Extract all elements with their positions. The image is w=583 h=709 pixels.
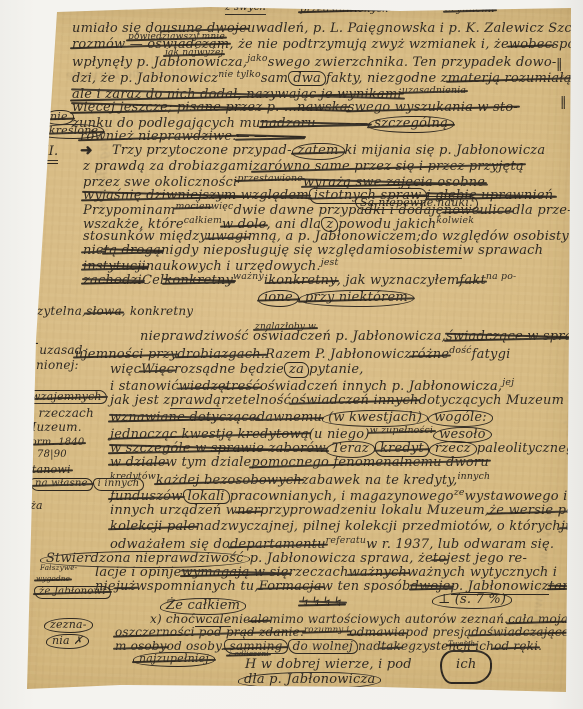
text-segment: nie [231, 613, 250, 626]
text-segment: lacje i opinje [95, 566, 182, 580]
bleed-through-text: uwagi dawne [95, 124, 113, 212]
text-segment: treść [226, 380, 260, 394]
text-segment: w rzeczach [24, 407, 94, 420]
text-segment: oświadczeń innych [291, 394, 418, 408]
handwritten-line: ich [440, 650, 492, 684]
text-segment: wspomnianych tu, [136, 580, 259, 594]
handwritten-line: zachodzi Cel konkretny ważny i konkretny… [83, 272, 516, 287]
text-segment: jest jego re- [446, 552, 527, 566]
text-segment: sam [261, 72, 288, 86]
text-segment: fakty, niezgodne z [326, 72, 448, 86]
handwritten-line: ‖ [560, 96, 567, 110]
text-segment: paleolitycznego, jako to: [477, 442, 583, 456]
text-segment: najzupełniej [133, 652, 215, 667]
text-segment: ważny [233, 272, 264, 282]
handwritten-line: najzupełniej [133, 652, 215, 667]
handwritten-line: nia ✗ [46, 634, 89, 649]
text-segment: Formacja [259, 580, 322, 594]
text-segment: , że nie podtrzymują zwyż wzmianek i, że [229, 38, 509, 52]
text-segment: ze [454, 488, 465, 498]
text-segment: ujemności przy [75, 348, 177, 362]
text-segment: wobec [509, 38, 552, 52]
text-segment: ➜ [80, 143, 93, 159]
text-segment: Fałszywe- [40, 564, 77, 572]
bleed-through-text: notatki odwrotne [300, 638, 414, 657]
text-segment: uzasadnienia [402, 86, 466, 96]
handwritten-line: z prawdą za drobiazgami zarówno same prz… [83, 160, 524, 174]
handwritten-line: rozmów — oświadczam, że nie podtrzymują … [72, 38, 583, 52]
text-segment: jest [321, 258, 339, 268]
text-segment: zachodzi [83, 274, 142, 288]
handwritten-line: ujemności przy drobiazgach. Razem P. Jab… [75, 346, 510, 361]
text-segment: na własne [30, 478, 93, 491]
handwritten-line: również nieprawdziwe. — — — — [80, 130, 302, 144]
text-segment: nionej: [36, 359, 79, 372]
text-segment: ale [250, 613, 269, 626]
text-segment: od osoby. [167, 640, 225, 653]
text-segment: słowa [86, 305, 122, 318]
handwritten-line: stosunków między uwagi mną, a p. Jabłono… [83, 230, 583, 244]
text-segment: (u niego) [309, 428, 370, 442]
text-segment: rozsądne będzie [174, 363, 284, 377]
text-segment: przestawione [237, 174, 303, 184]
text-segment: nie [95, 580, 116, 594]
text-segment: dla prze- [512, 204, 572, 218]
text-segment: w dziale [110, 456, 166, 470]
text-segment: wygodne [36, 575, 70, 583]
text-segment: dawnemu [257, 411, 322, 425]
text-segment: więc [211, 202, 234, 212]
text-segment: rozumny i [304, 626, 349, 635]
handwritten-line: ża [30, 500, 43, 512]
text-segment: odważałem się do [110, 538, 230, 552]
handwritten-line: nie tą drogą nigdy nie posługuję się wzg… [83, 244, 543, 259]
text-segment: oświadczeń innych p. Jabłonowicza, [260, 380, 502, 394]
text-segment: nieprawdziwość oświadczeń p. Jabłonowicz… [140, 330, 446, 344]
text-segment: już [116, 580, 136, 594]
text-segment: Więc [141, 363, 174, 377]
text-segment: doświadczające [471, 626, 569, 639]
text-segment: nigdy nie [161, 244, 224, 258]
text-segment: wznawiane dotyczące [110, 411, 257, 425]
text-segment: w sprawach [462, 244, 543, 258]
text-segment: oszczerności pod prąd zdanie. [115, 626, 304, 639]
text-segment: wzajemnych [26, 390, 107, 404]
handwritten-line: nieprawdziwość oświadczeń p. Jabłonowicz… [140, 330, 583, 344]
text-segment: każdej bezosobowych [156, 474, 302, 488]
text-segment: różne [411, 348, 449, 362]
text-segment: wymagają w się [182, 566, 289, 580]
text-segment: przy niektórem [299, 290, 414, 307]
handwritten-line: ↯↯↯↯ [300, 596, 344, 610]
text-segment: więcej jeszcze; pisane przez p. …nawska [72, 101, 348, 115]
text-segment: ⎡uzasad- [33, 344, 87, 357]
handwritten-line: w dziale w tym dziale pomocnego fenomena… [110, 456, 489, 470]
text-segment: wiedzę [179, 380, 226, 394]
manuscript-sheet: z swychprzedstawionychczynnemiumiało się… [0, 0, 583, 709]
text-segment: jako [247, 54, 268, 64]
scan-page: { "colors":{"paper":"#d6ba82","ink":"#2b… [0, 0, 583, 709]
text-segment: materją rozumiałą [448, 72, 572, 86]
text-segment: w tym dziale [166, 456, 252, 470]
text-segment: swego zwierzchnika. Ten przypadek dowo- [268, 56, 557, 70]
text-segment: nadzwyczajnej, pilnej kolekcji przedmiot… [196, 520, 561, 534]
text-segment: jednocząc kwestję kredytową [110, 428, 309, 442]
handwritten-line: ➜ [80, 143, 93, 159]
text-segment: mną, a p. Jabłonowiczem; [248, 230, 421, 244]
text-segment: wogóle: [428, 410, 493, 427]
text-segment: referatu [326, 536, 366, 546]
handwritten-line: zezna- [44, 618, 93, 633]
text-segment: osobistemi [390, 244, 463, 259]
text-segment: w zupełności [370, 426, 434, 436]
handwritten-line: H w dobrej wierze, i pod [245, 658, 412, 672]
text-segment: do względów osobistych [421, 230, 583, 244]
text-segment: tą drogą [104, 244, 161, 258]
text-segment: zabawek na te kredyty, [302, 474, 458, 488]
text-segment: dość [449, 346, 471, 356]
handwritten-line: ⎡uzasad- [33, 344, 87, 357]
text-segment: od ręki [494, 640, 538, 653]
text-segment: czytelna, [30, 305, 86, 318]
text-segment: i stanowić [110, 380, 179, 394]
text-segment: fatygi [472, 348, 511, 362]
text-segment: uwadleń, p. L. Paięgnowska i p. K. Zalew… [247, 22, 583, 36]
handwritten-line: ‖ [556, 58, 563, 72]
handwritten-line: Trzy przytoczone przypad-zatem ki mijani… [112, 143, 545, 160]
text-segment: szczególną [368, 116, 454, 133]
text-segment: rzeczach [289, 566, 349, 580]
handwritten-line: kredytów każdej bezosobowych zabawek na … [110, 472, 490, 487]
handwritten-line: w rzeczach [24, 407, 94, 420]
text-segment: ich [440, 650, 492, 684]
text-segment: mocien [175, 202, 210, 212]
text-segment: pomocnego fenomenalnemu dworu [251, 456, 489, 470]
text-segment: całkiem [184, 216, 222, 226]
text-segment: drobiazgach. [177, 348, 265, 362]
text-segment: dwa [288, 71, 326, 87]
text-segment: pracownianych, i magazynowego [230, 490, 454, 504]
text-segment: p. Jabłonowicza sprawa, że [250, 552, 433, 566]
handwritten-line: ⊥ (s. 7 %) [432, 592, 512, 609]
text-segment: zarówno same przez się i przez przyjętą [253, 160, 524, 174]
text-segment: zatem [292, 143, 345, 160]
text-segment: rzetelność [221, 394, 291, 408]
text-segment: ki mijania się p. Jabłonowicza [345, 144, 546, 158]
text-segment: lokali [183, 489, 230, 505]
text-segment: Cel [142, 274, 164, 288]
handwritten-line: czytelna, słowa, konkretny [30, 305, 193, 318]
text-segment: , jak wyznaczyłem [337, 274, 460, 288]
text-segment: ⊥ (s. 7 %) [432, 592, 512, 609]
text-segment: pod presją [405, 626, 471, 639]
text-segment: ↯↯↯↯ [300, 596, 344, 610]
text-segment: za [284, 362, 309, 378]
handwritten-line: innych urządzeń w ner przyprowadzeniu lo… [110, 504, 583, 518]
text-segment: m osoby [115, 640, 167, 653]
text-segment: zezna- [44, 618, 93, 633]
text-segment: na po- [486, 272, 517, 282]
text-segment: kolekcji pale [110, 520, 196, 534]
text-segment: fakt [459, 274, 485, 288]
text-segment: prawdą [170, 394, 221, 409]
text-segment: ‖ [560, 96, 567, 110]
text-segment: to [433, 552, 446, 566]
text-segment: swego wyszukania w sto- [348, 101, 518, 115]
text-segment: . [538, 640, 542, 653]
text-segment: odmawia [349, 626, 405, 639]
text-segment: jej [502, 378, 514, 388]
text-segment: nia ✗ [46, 634, 89, 649]
text-segment: konkretny [268, 274, 337, 288]
text-segment: innych [457, 472, 490, 482]
text-segment: ża [30, 500, 43, 512]
handwritten-line: funduszów lokali pracownianych, i magazy… [110, 488, 568, 504]
text-segment: x) choć [150, 613, 195, 626]
text-segment: posługuję się względami [224, 244, 390, 258]
text-segment: H w dobrej wierze, i pod [245, 658, 412, 672]
text-segment: funduszów [110, 490, 183, 504]
handwritten-line: i stanowić wiedzę treść oświadczeń innyc… [110, 378, 514, 393]
text-segment: więc [110, 363, 141, 377]
handwritten-line: lacje i opinje wymagają w się rzeczach w… [95, 566, 557, 580]
text-segment: świadczące w sprawach [446, 330, 583, 344]
handwritten-line: jak jest z prawdą rzetelność oświadczeń … [110, 394, 564, 409]
text-segment: ione [258, 290, 299, 307]
handwritten-line: kolekcji pale nadzwyczajnej, pilnej kole… [110, 520, 581, 534]
handwritten-line: więcej jeszcze; pisane przez p. …nawska … [72, 101, 518, 115]
text-segment: departamentu [230, 538, 326, 552]
handwritten-line: ione przy niektórem [258, 290, 414, 307]
text-segment: przyprowadzeniu lokalu Muzeum, [260, 504, 489, 518]
text-segment: ner [237, 504, 260, 518]
handwritten-line: wzajemnych [26, 390, 107, 404]
text-segment: , konkretny [122, 305, 194, 318]
handwritten-line: nionej: [36, 359, 79, 372]
text-segment: — — — — [237, 130, 303, 144]
text-segment: Razem P. Jabłonowicz [265, 348, 411, 362]
text-segment: w ten sposób [322, 580, 411, 594]
text-segment: nie [83, 244, 104, 258]
text-segment: jak jest z [110, 394, 170, 408]
text-segment: kolwiek [436, 216, 474, 226]
text-segment: ważnych [349, 566, 408, 580]
text-segment: dotyczących Muzeum [419, 394, 565, 408]
text-segment: ulice [479, 204, 512, 218]
text-segment: innych urządzeń w [110, 504, 237, 518]
handwritten-line: więc Więc rozsądne będzie zapytanie, [110, 362, 364, 378]
text-segment: pytanie, [309, 363, 364, 377]
handwritten-line: odważałem się do departamentureferatu w … [110, 536, 554, 551]
text-segment: Trzy przytoczone przypad- [112, 144, 292, 158]
text-segment: uwagi [207, 230, 248, 244]
ink-layer: z swychprzedstawionychczynnemiumiało się… [0, 0, 583, 709]
text-segment: mimo wartościowych autorów zeznań. [269, 613, 508, 626]
handwritten-line: wznawiane dotyczące dawnemu (w kwestjach… [110, 410, 493, 427]
text-segment: stosunków między [83, 230, 207, 244]
handwritten-line: oszczerności pod prąd zdanie. rozumny i … [115, 626, 583, 639]
text-segment: w szczególe w sprawie zaborów [110, 442, 326, 456]
text-segment: ‖ [556, 58, 563, 72]
text-segment: w r. 1937, lub odwaram się. [366, 538, 554, 552]
text-segment: Twoich [448, 640, 475, 648]
text-segment: konkretny [164, 274, 233, 288]
